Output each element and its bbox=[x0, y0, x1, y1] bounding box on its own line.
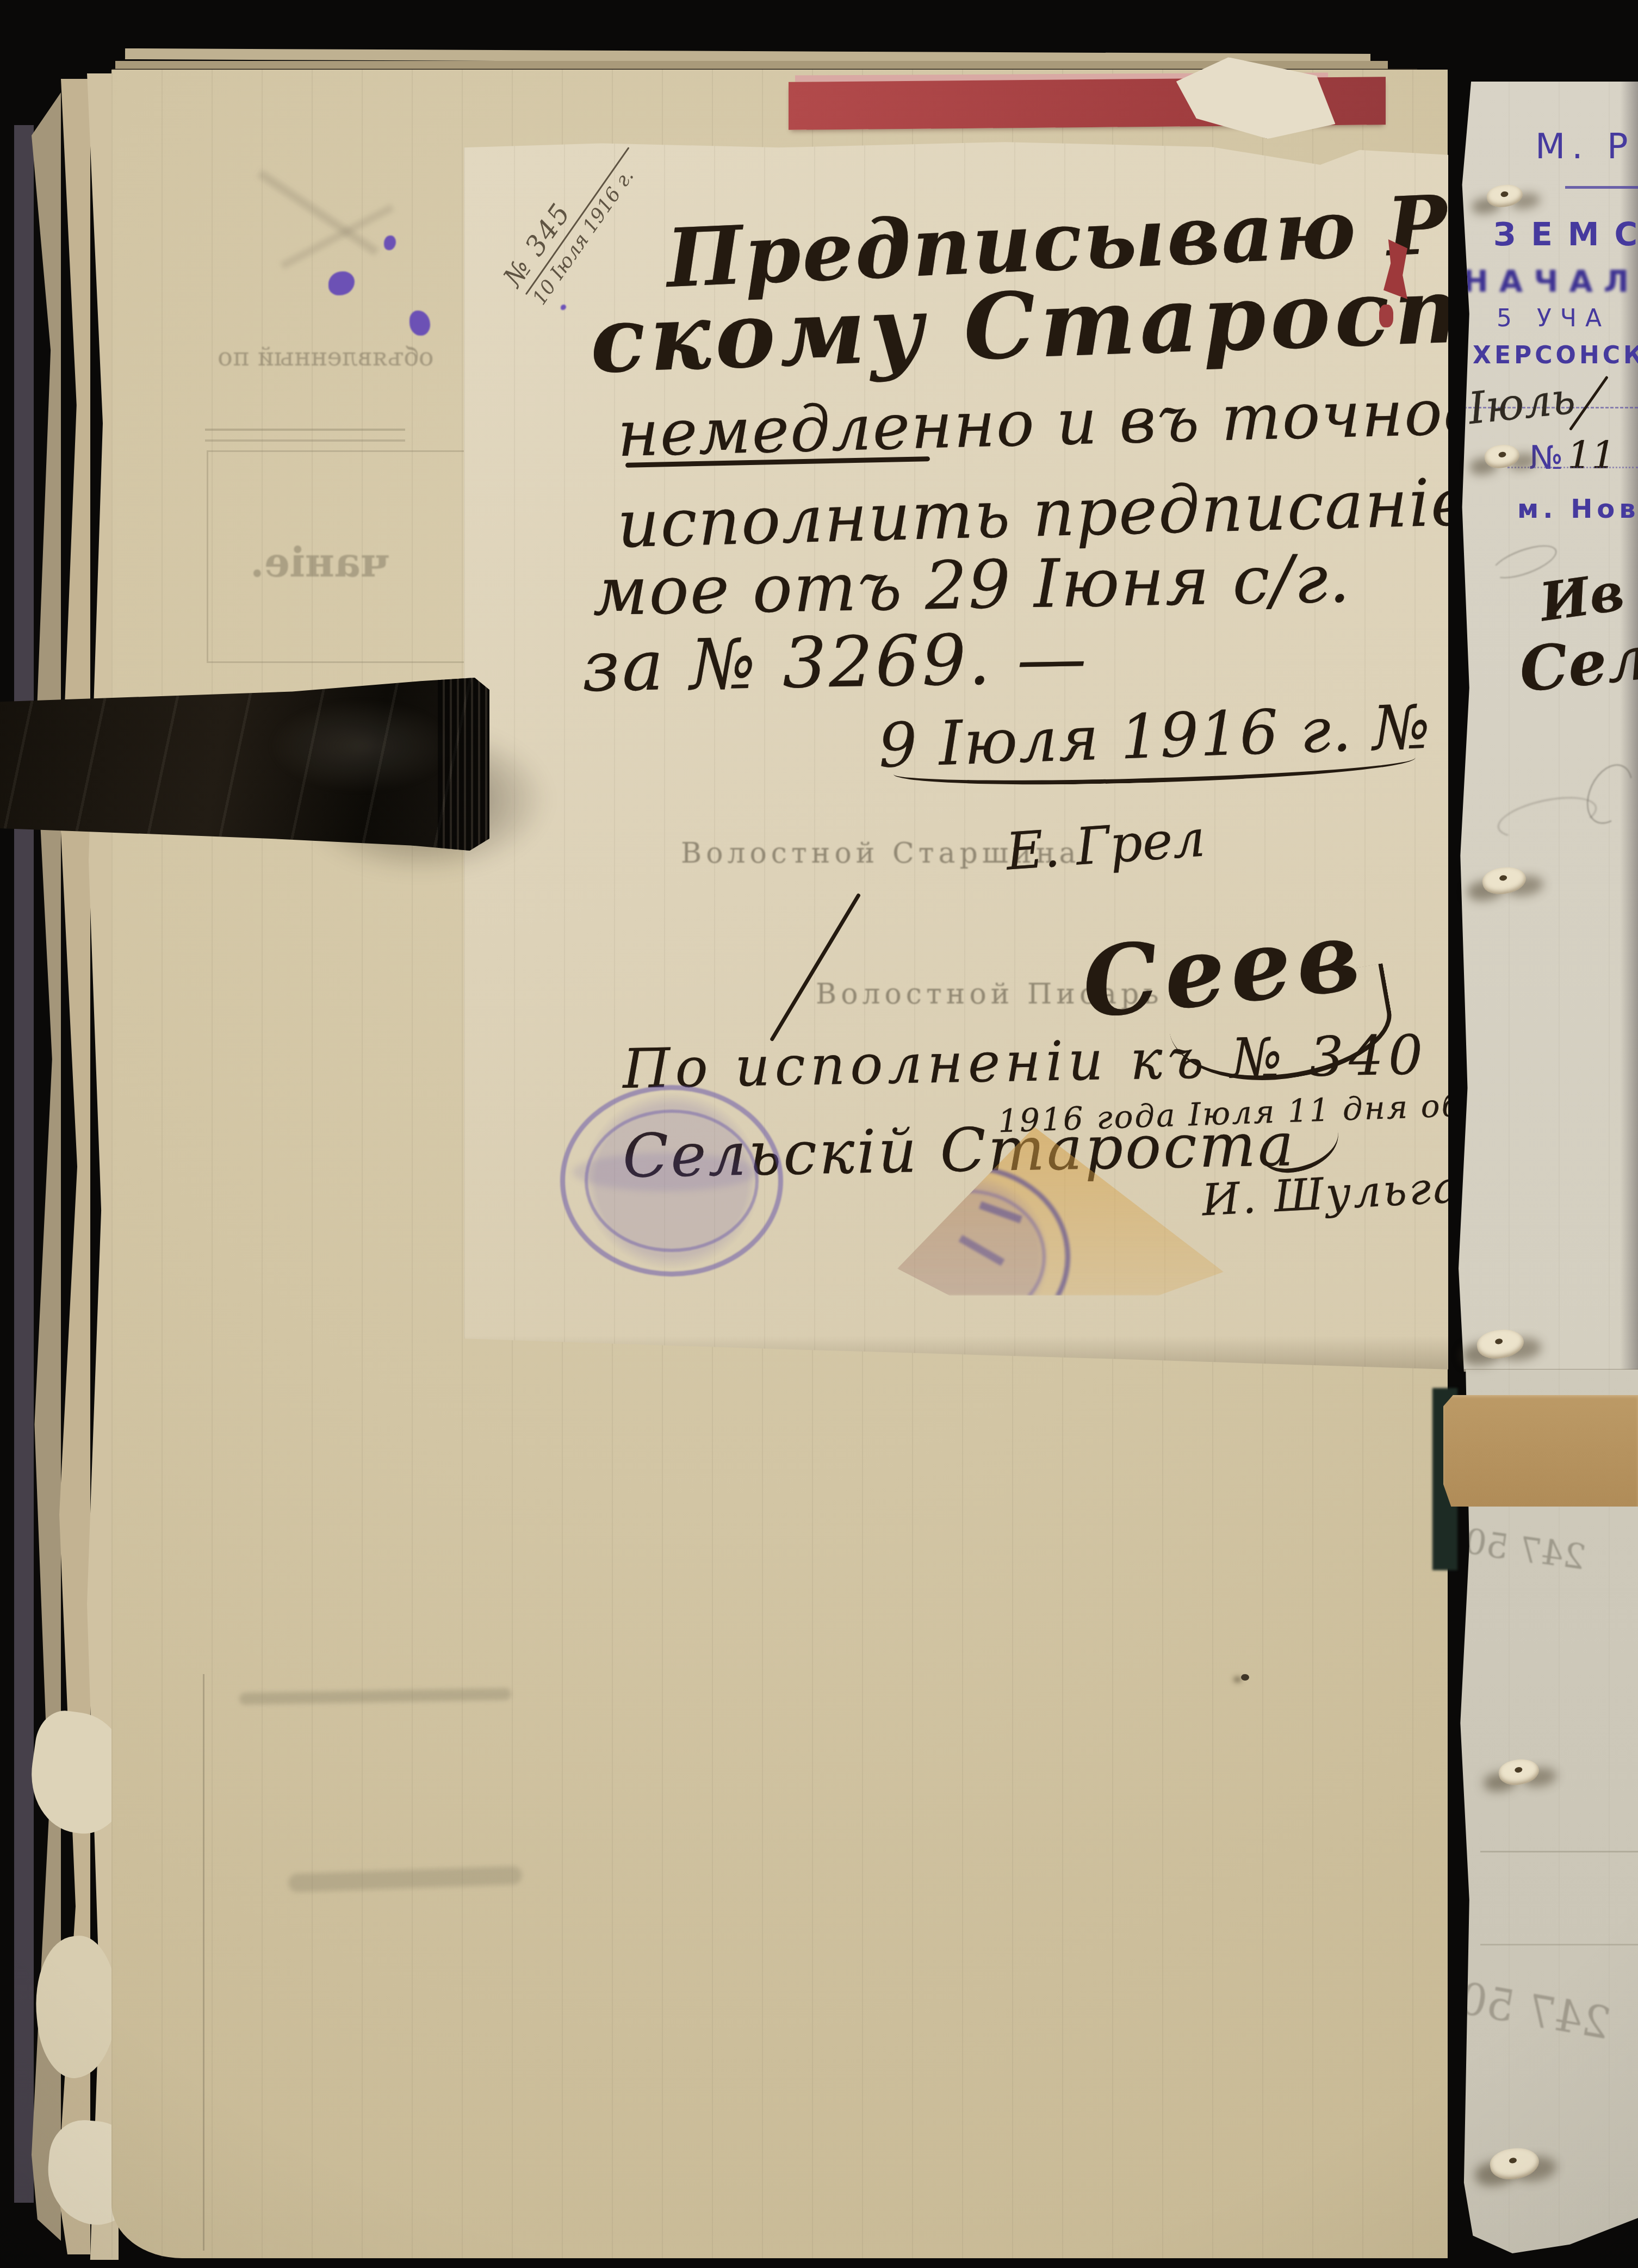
order-line-6: за № 3269. — bbox=[581, 624, 1089, 702]
page-edge-strip bbox=[58, 79, 90, 2254]
strap-end-cap bbox=[438, 678, 489, 851]
book-cover-edge bbox=[14, 125, 34, 2203]
letterhead-nachalnik: НАЧАЛ bbox=[1463, 267, 1638, 297]
kraft-cardboard-band bbox=[1443, 1395, 1638, 1507]
letterhead-kherson: ХЕРСОНСКА bbox=[1473, 344, 1638, 368]
leather-strap bbox=[0, 678, 489, 851]
ink-blot bbox=[328, 271, 355, 295]
resolution-line-1: По исполненіи къ № 340 и bbox=[622, 1027, 1448, 1096]
pencil-bleed-number: 247 50 bbox=[1462, 1525, 1588, 1576]
strap-highlight bbox=[268, 698, 455, 794]
stack-top-edge bbox=[115, 61, 1388, 69]
letterhead-underline bbox=[1565, 186, 1638, 189]
pasted-note-page: № 345 10 Іюля 1916 г. Предписываю Розано… bbox=[464, 141, 1448, 1371]
ghost-mark bbox=[280, 204, 394, 269]
ghost-rule bbox=[205, 439, 405, 442]
letterhead-owner: М. Р bbox=[1535, 129, 1635, 164]
address-fragment-1: Ив bbox=[1537, 566, 1627, 629]
registration-annotation: № 345 10 Іюля 1916 г. bbox=[498, 141, 649, 309]
ink-blot bbox=[384, 236, 396, 250]
ghost-script-smudge bbox=[239, 1688, 511, 1705]
ghost-text-bleed: объявленный по bbox=[218, 344, 434, 369]
number-sign: № bbox=[1529, 442, 1563, 474]
number-handwritten: 11 bbox=[1567, 436, 1616, 474]
number-dotted-line bbox=[1507, 467, 1638, 468]
signature-slash bbox=[770, 893, 861, 1042]
page-edge-strip bbox=[32, 92, 61, 2241]
pinhole bbox=[1241, 1674, 1249, 1681]
archival-photo-stage: объявленный по чаніе. № 345 10 Іюля 1916… bbox=[0, 0, 1638, 2268]
stamp-smear bbox=[573, 1153, 758, 1191]
order-line-5: мое отъ 29 Іюня с/г. bbox=[592, 546, 1351, 625]
address-fragment-2: Сел bbox=[1517, 627, 1638, 702]
ghost-script-smudge bbox=[288, 1866, 523, 1893]
letterhead-uchastok: 5 УЧА bbox=[1497, 307, 1610, 331]
ghost-rule bbox=[205, 429, 405, 431]
letterhead-zemsky: ЗЕМС bbox=[1493, 219, 1638, 250]
starosta-signature: И. Шульга bbox=[1201, 1166, 1448, 1223]
red-torn-fragment bbox=[1379, 305, 1393, 327]
ghost-text-bleed: чаніе. bbox=[250, 543, 390, 583]
paper-crease bbox=[203, 1674, 204, 2251]
place-stamp: м. Новы bbox=[1517, 496, 1638, 522]
right-upper-sheet: М. Р ЗЕМС НАЧАЛ 5 УЧА ХЕРСОНСКА Іюль № 1… bbox=[1459, 82, 1638, 1372]
ghost-rule-horizontal bbox=[1480, 1944, 1638, 1945]
pencil-bleed-number: 247 50 bbox=[1456, 1976, 1614, 2046]
ink-blot bbox=[409, 311, 430, 336]
ghost-rule-horizontal bbox=[1480, 1851, 1638, 1852]
ink-speck bbox=[561, 305, 566, 310]
starshina-signature: Е. Грел bbox=[1004, 813, 1207, 878]
month-handwritten: Іюль bbox=[1466, 376, 1577, 431]
order-line-3: немедленно и въ точности bbox=[617, 378, 1448, 466]
right-page: М. Р ЗЕМС НАЧАЛ 5 УЧА ХЕРСОНСКА Іюль № 1… bbox=[1459, 82, 1638, 2254]
